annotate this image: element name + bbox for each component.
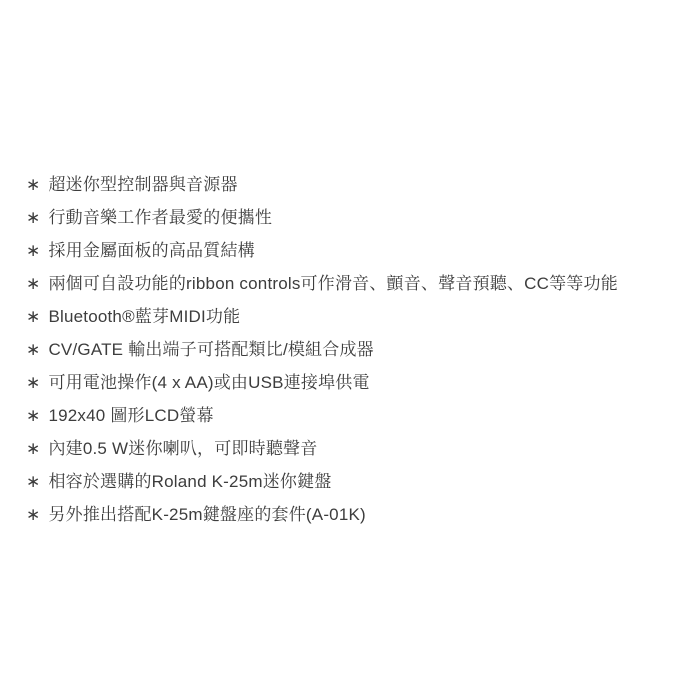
asterisk-bullet-icon: ∗ [26,465,40,498]
feature-text: CV/GATE 輸出端子可搭配類比/模組合成器 [48,333,373,366]
asterisk-bullet-icon: ∗ [26,234,40,267]
asterisk-bullet-icon: ∗ [26,366,40,399]
asterisk-bullet-icon: ∗ [26,333,40,366]
feature-item: ∗ CV/GATE 輸出端子可搭配類比/模組合成器 [26,333,690,366]
feature-text: 192x40 圖形LCD螢幕 [48,399,213,432]
feature-text: Bluetooth®藍芽MIDI功能 [48,300,240,333]
asterisk-bullet-icon: ∗ [26,201,40,234]
product-description-page: ∗ 超迷你型控制器與音源器 ∗ 行動音樂工作者最愛的便攜性 ∗ 採用金屬面板的高… [0,0,700,700]
asterisk-bullet-icon: ∗ [26,432,40,465]
feature-text: 超迷你型控制器與音源器 [48,168,237,201]
feature-item: ∗ 可用電池操作(4 x AA)或由USB連接埠供電 [26,366,690,399]
feature-item: ∗ 行動音樂工作者最愛的便攜性 [26,201,690,234]
feature-text: 兩個可自設功能的ribbon controls可作滑音、顫音、聲音預聽、CC等等… [48,267,617,300]
feature-item: ∗ Bluetooth®藍芽MIDI功能 [26,300,690,333]
feature-text: 相容於選購的Roland K-25m迷你鍵盤 [48,465,331,498]
feature-item: ∗ 相容於選購的Roland K-25m迷你鍵盤 [26,465,690,498]
feature-text: 內建0.5 W迷你喇叭，可即時聽聲音 [48,432,317,465]
feature-text: 另外推出搭配K-25m鍵盤座的套件(A-01K) [48,498,365,531]
feature-item: ∗ 另外推出搭配K-25m鍵盤座的套件(A-01K) [26,498,690,531]
asterisk-bullet-icon: ∗ [26,168,40,201]
asterisk-bullet-icon: ∗ [26,300,40,333]
feature-text: 可用電池操作(4 x AA)或由USB連接埠供電 [48,366,369,399]
asterisk-bullet-icon: ∗ [26,498,40,531]
product-feature-list: ∗ 超迷你型控制器與音源器 ∗ 行動音樂工作者最愛的便攜性 ∗ 採用金屬面板的高… [26,168,690,531]
asterisk-bullet-icon: ∗ [26,267,40,300]
feature-item: ∗ 192x40 圖形LCD螢幕 [26,399,690,432]
feature-item: ∗ 採用金屬面板的高品質結構 [26,234,690,267]
asterisk-bullet-icon: ∗ [26,399,40,432]
feature-text: 採用金屬面板的高品質結構 [48,234,254,267]
feature-item: ∗ 內建0.5 W迷你喇叭，可即時聽聲音 [26,432,690,465]
feature-text: 行動音樂工作者最愛的便攜性 [48,201,272,234]
feature-item: ∗ 超迷你型控制器與音源器 [26,168,690,201]
feature-item: ∗ 兩個可自設功能的ribbon controls可作滑音、顫音、聲音預聽、CC… [26,267,690,300]
